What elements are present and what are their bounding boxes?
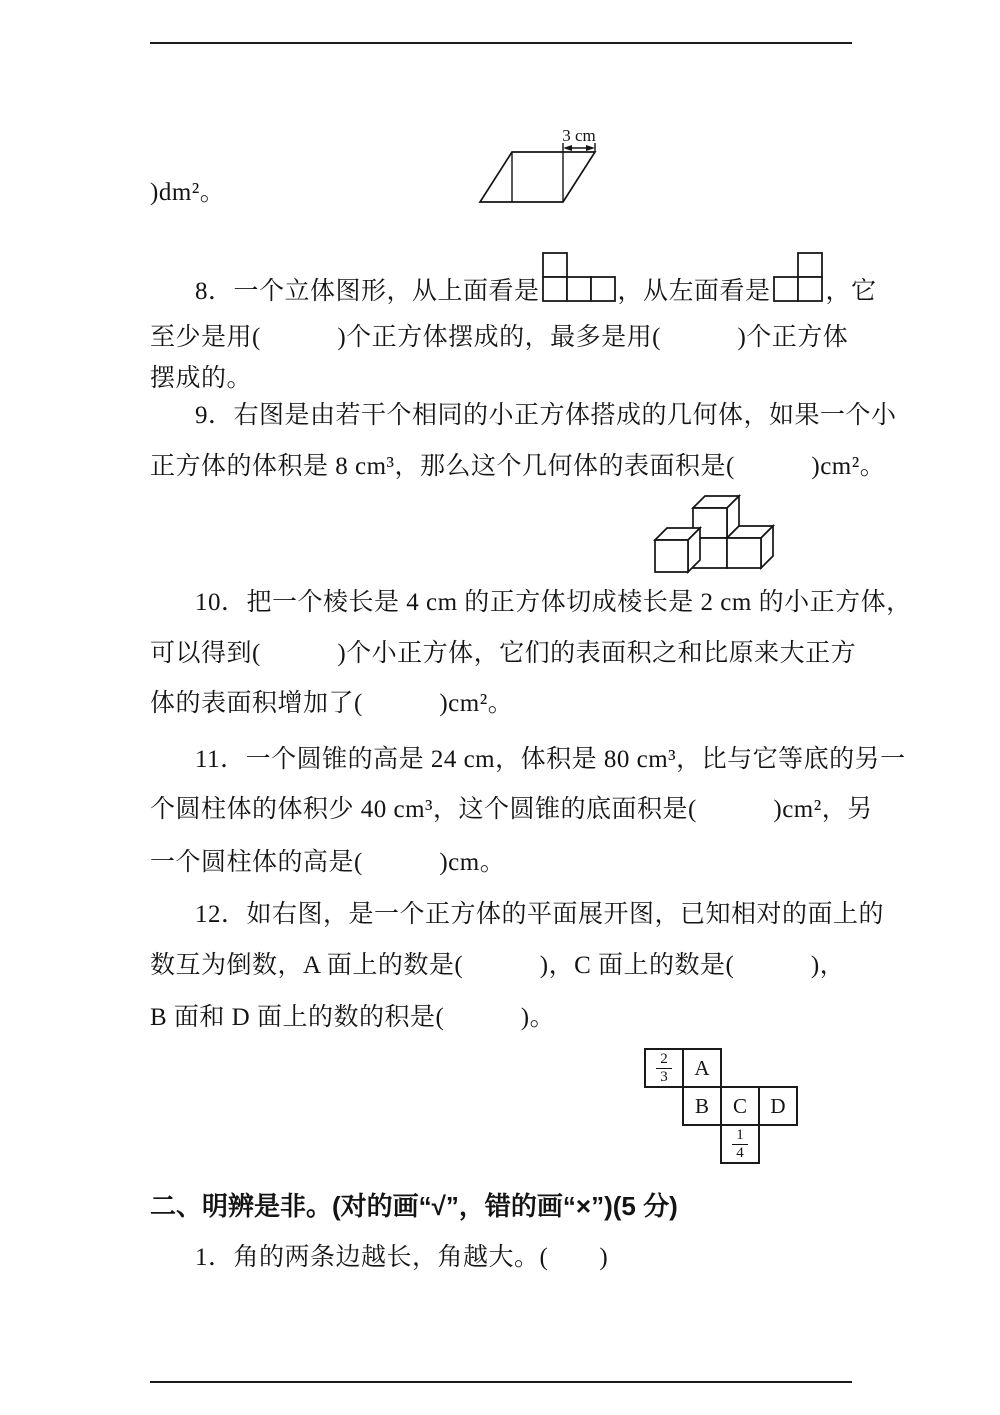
test-paper-page: )dm²。 3 cm 8．一个立体图形，从上面看是，从左面看是，它 至少是用( … xyxy=(0,0,1000,1415)
q8-text-pre: 8．一个立体图形，从上面看是 xyxy=(195,278,540,305)
fraction-denominator: 4 xyxy=(732,1144,748,1162)
cube-net-figure: 23 A B C D 14 xyxy=(644,1048,802,1168)
q8-text-post: ，它 xyxy=(826,278,877,305)
left-view-cell xyxy=(798,253,822,277)
dimension-label: 3 cm xyxy=(562,126,596,145)
net-cell-A: A xyxy=(682,1048,722,1088)
net-cell-frac-1-4: 14 xyxy=(720,1124,760,1164)
left-view-figure xyxy=(773,252,824,302)
fraction-numerator: 2 xyxy=(656,1051,672,1068)
left-view-cell xyxy=(798,277,822,301)
left-view-cell xyxy=(774,277,798,301)
top-view-cell xyxy=(543,253,567,277)
fraction-1-4: 14 xyxy=(732,1127,748,1161)
question-8-line-3: 摆成的。 xyxy=(150,362,252,396)
net-cell-B: B xyxy=(682,1086,722,1126)
arrow-head-right xyxy=(586,145,595,151)
top-rule xyxy=(150,42,852,44)
question-9-line-2: 正方体的体积是 8 cm³，那么这个几何体的表面积是( )cm²。 xyxy=(150,450,885,484)
bottom-rule xyxy=(150,1381,852,1383)
section-2-heading: 二、明辨是非。(对的画“√”，错的画“×”)(5 分) xyxy=(150,1189,678,1223)
top-view-cell xyxy=(567,277,591,301)
parallelogram-outline xyxy=(480,152,595,202)
question-7-tail: )dm²。 xyxy=(150,176,225,210)
question-11-line-1: 11．一个圆锥的高是 24 cm，体积是 80 cm³，比与它等底的另一 xyxy=(195,743,906,777)
cubes-3d-figure xyxy=(650,490,780,585)
parallelogram-figure: 3 cm xyxy=(465,115,615,210)
top-view-cell xyxy=(591,277,615,301)
fraction-denominator: 3 xyxy=(656,1068,672,1086)
q8-text-mid: ，从左面看是 xyxy=(618,278,771,305)
section-2-question-1: 1．角的两条边越长，角越大。( ) xyxy=(195,1241,608,1275)
net-cell-C: C xyxy=(720,1086,760,1126)
fraction-numerator: 1 xyxy=(732,1127,748,1144)
question-10-line-2: 可以得到( )个小正方体，它们的表面积之和比原来大正方 xyxy=(150,637,856,671)
question-12-line-1: 12．如右图，是一个正方体的平面展开图，已知相对的面上的 xyxy=(195,898,884,932)
question-9-line-1: 9．右图是由若干个相同的小正方体搭成的几何体，如果一个小 xyxy=(195,399,897,433)
net-cell-D: D xyxy=(758,1086,798,1126)
top-view-cell xyxy=(543,277,567,301)
cube-face xyxy=(655,540,688,572)
question-10-line-3: 体的表面积增加了( )cm²。 xyxy=(150,687,513,721)
question-11-line-3: 一个圆柱体的高是( )cm。 xyxy=(150,846,505,880)
question-11-line-2: 个圆柱体的体积少 40 cm³，这个圆锥的底面积是( )cm²，另 xyxy=(150,793,873,827)
top-view-figure xyxy=(542,252,616,302)
question-8-line-2: 至少是用( )个正方体摆成的，最多是用( )个正方体 xyxy=(150,321,848,355)
fraction-2-3: 23 xyxy=(656,1051,672,1085)
question-12-line-3: B 面和 D 面上的数的积是( )。 xyxy=(150,1001,555,1035)
question-12-line-2: 数互为倒数，A 面上的数是( )，C 面上的数是( )， xyxy=(150,949,845,983)
cube-face xyxy=(727,538,761,568)
net-cell-frac-2-3: 23 xyxy=(644,1048,684,1088)
arrow-head-left xyxy=(563,145,572,151)
question-10-line-1: 10．把一个棱长是 4 cm 的正方体切成棱长是 2 cm 的小正方体， xyxy=(195,586,912,620)
question-8-line-1: 8．一个立体图形，从上面看是，从左面看是，它 xyxy=(195,252,877,309)
